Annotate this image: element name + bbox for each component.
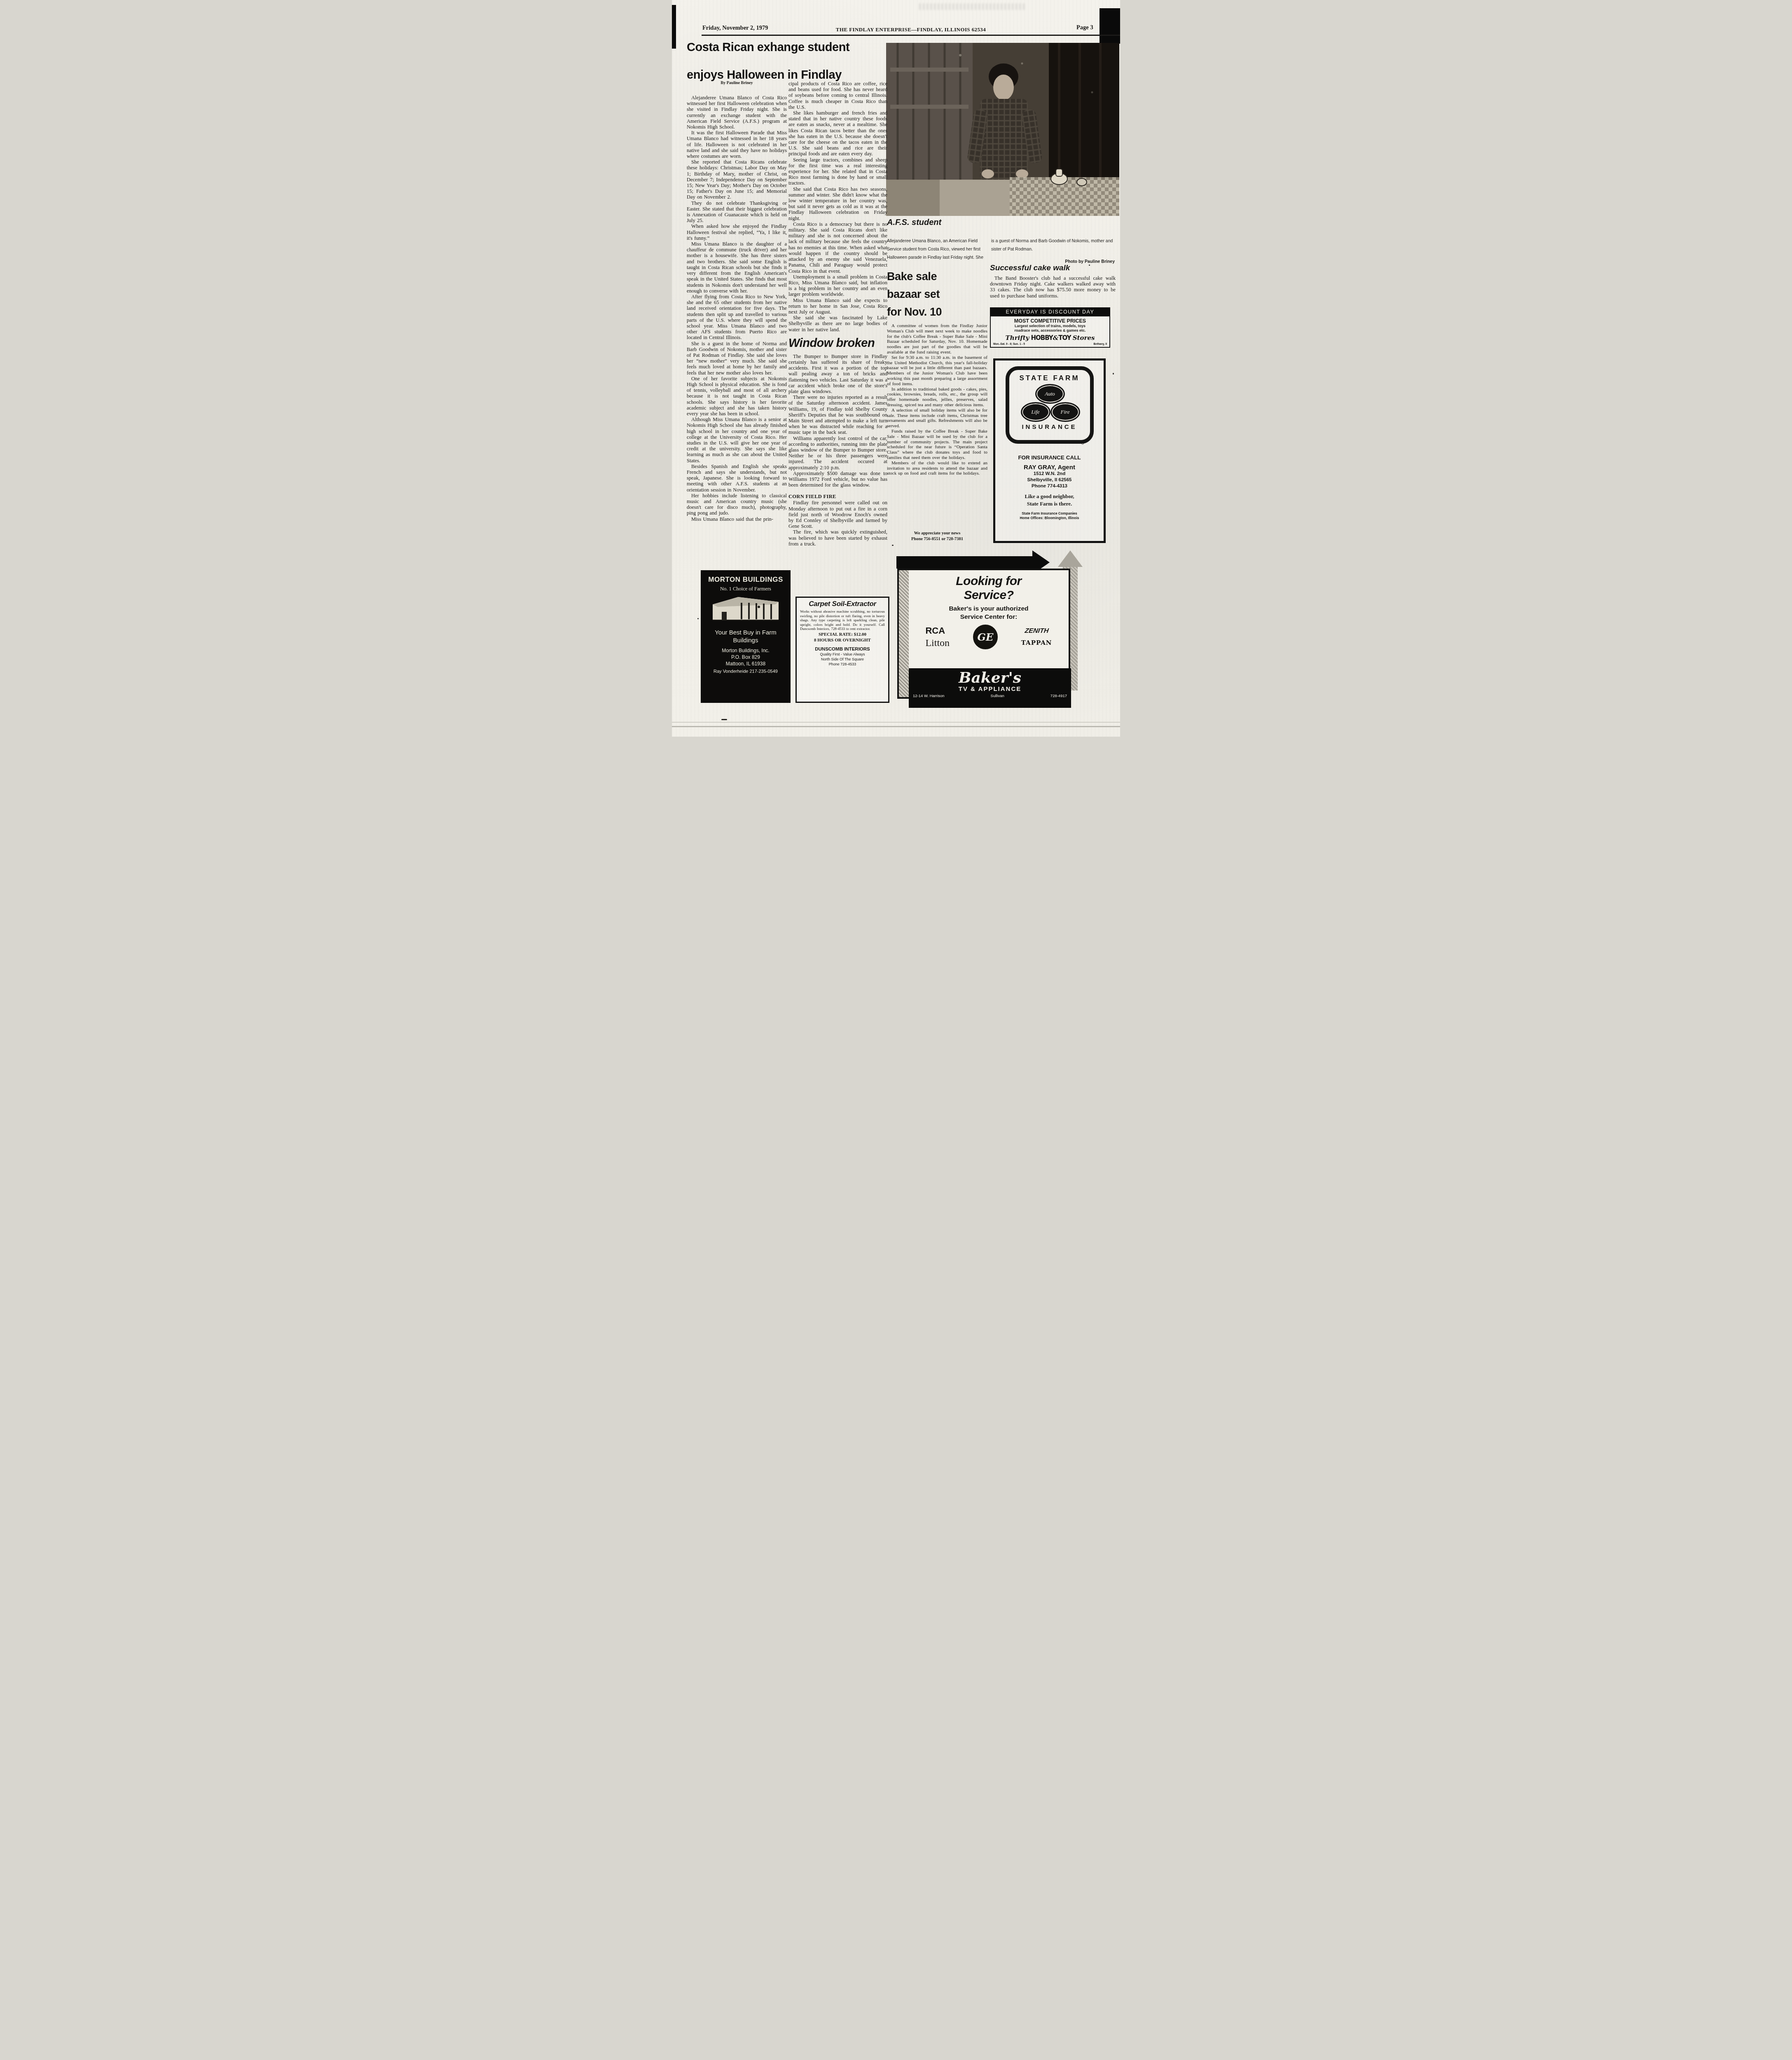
state-farm-name: STATE FARM (1009, 374, 1090, 382)
bakers-address-row: 12-14 W. Harrison Sullivan 728-4917 (909, 693, 1071, 698)
state-farm-slogan2: State Farm is there. (995, 501, 1104, 507)
paragraph: The Bumper to Bumper store in Findlay ce… (788, 353, 887, 394)
state-farm-ovals: Auto Life Fire (1017, 384, 1083, 422)
state-farm-addr2: Shelbyville, Il 62565 (995, 477, 1104, 483)
paragraph: She said she was fascinated by Lake Shel… (788, 315, 887, 332)
carpet-q3: Phone 728-4533 (797, 662, 888, 667)
up-arrow-icon (1058, 550, 1083, 567)
bakers-look1: Looking for (909, 574, 1069, 588)
page-date: Friday, November 2, 1979 (702, 25, 768, 32)
newspaper-page: Friday, November 2, 1979 THE FINDLAY ENT… (672, 0, 1120, 737)
paragraph: She likes hamburger and french fries and… (788, 110, 887, 157)
paragraph: It was the first Halloween Parade that M… (687, 130, 787, 159)
dust-speck (892, 545, 894, 546)
bakers-tv-appliance: TV & APPLIANCE (909, 686, 1071, 693)
caption-title: A.F.S. student (887, 218, 941, 227)
news-photo (886, 43, 1119, 216)
morton-rep: Ray Vonderheide 217-235-0549 (701, 669, 791, 674)
paragraph: In addition to traditional baked goods -… (887, 387, 987, 408)
state-farm-ad: STATE FARM Auto Life Fire INSURANCE ® FO… (993, 358, 1106, 543)
paragraph: She said that Costa Rico has two seasons… (788, 186, 887, 221)
thrifty-logo: Thrifty HOBBY&TOY Stores (993, 334, 1107, 342)
morton-city: Mattoon, IL 61938 (701, 660, 791, 667)
state-farm-small: State Farm Insurance Companies Home Offi… (995, 511, 1104, 520)
carpet-extractor-ad: Carpet Soil-Extractor Works without abra… (795, 597, 889, 703)
morton-tag1: Your Best Buy in Farm (701, 629, 791, 637)
bakers-brand-col-right: ZENITH TAPPAN (1021, 627, 1052, 646)
state-farm-agent: RAY GRAY, Agent (995, 464, 1104, 471)
bake-sale-headline-line3: for Nov. 10 (887, 303, 942, 321)
fire-oval-icon: Fire (1050, 402, 1080, 422)
news-note-line2: Phone 756-8551 or 728-7381 (887, 536, 987, 542)
paragraph: cipal products of Costa Rico are coffee,… (788, 81, 887, 110)
bake-sale-headline: Bake sale bazaar set for Nov. 10 (887, 268, 942, 321)
dust-speck (721, 719, 727, 720)
paragraph: Approximately $500 damage was done to Wi… (788, 471, 887, 488)
paragraph: Besides Spanish and English she speaks F… (687, 463, 787, 493)
paragraph: Members of the club would like to extend… (887, 461, 987, 476)
bakers-brand-col-left: RCA Litton (925, 625, 950, 649)
state-farm-addr1: 1512 W.N. 2nd (995, 471, 1104, 477)
paragraph: Seeing large tractors, combines and shee… (788, 157, 887, 186)
paragraph: There were no injuries reported as a res… (788, 394, 887, 435)
auto-oval-icon: Auto (1035, 384, 1065, 404)
thrifty-line2: Largest selection of trains, models, toy… (993, 324, 1107, 328)
paragraph: Set for 9:30 a.m. to 11:30 a.m. in the b… (887, 355, 987, 387)
bakers-city: Sullivan (991, 694, 1004, 698)
morton-co: Morton Buildings, Inc. P.O. Box 829 Matt… (701, 647, 791, 667)
state-farm-logo: STATE FARM Auto Life Fire INSURANCE ® (1006, 366, 1094, 444)
state-farm-call: FOR INSURANCE CALL (995, 454, 1104, 461)
bakers-phone: 728-4917 (1050, 694, 1067, 698)
paragraph: Miss Umana Blanco said she expects to re… (788, 297, 887, 315)
thrifty-logo-hobby: HOBBY (1031, 334, 1053, 342)
state-farm-small1: State Farm Insurance Companies (995, 511, 1104, 516)
caption-right-text: is a guest of Norma and Barb Goodwin of … (991, 239, 1113, 252)
zenith-logo: ZENITH (1021, 627, 1053, 635)
thrifty-city: Bethany, Il (1094, 343, 1107, 346)
thrifty-line1: MOST COMPETITIVE PRICES (993, 318, 1107, 324)
paragraph: When asked how she enjoyed the Findlay H… (687, 223, 787, 241)
morton-tagline: Your Best Buy in Farm Buildings (701, 629, 791, 644)
thrifty-logo-script1: Thrifty (1006, 334, 1029, 342)
morton-sub: No. 1 Choice of Farmers (701, 586, 791, 592)
carpet-store-name: DUNSCOMB INTERIORS (797, 647, 888, 652)
paragraph: Findlay fire personnel were called out o… (788, 500, 887, 529)
bakers-ad: Looking for Service? Baker's is your aut… (896, 550, 1092, 705)
life-oval-icon: Life (1021, 402, 1050, 422)
film-edge-left (672, 5, 676, 49)
lead-headline-line2: enjoys Halloween in Findlay (687, 68, 842, 82)
paragraph: One of her favorite subjects at Nokomis … (687, 376, 787, 417)
state-farm-insurance: INSURANCE (1009, 424, 1090, 431)
paragraph: Miss Umana Blanco is the daughter of a c… (687, 241, 787, 294)
paragraph: Alejanderee Umana Blanco of Costa Rico w… (687, 95, 787, 130)
litton-logo: Litton (925, 638, 950, 649)
thrifty-logo-script2: Stores (1073, 334, 1095, 342)
news-note: We appreciate your news Phone 756-8551 o… (887, 531, 987, 542)
right-arrow-shaft (896, 556, 1032, 569)
carpet-q2: North Side Of The Square (797, 657, 888, 662)
dust-speck (1113, 373, 1114, 375)
thrifty-hobby-ad: EVERYDAY IS DISCOUNT DAY MOST COMPETITIV… (990, 307, 1110, 348)
paragraph: Unemployment is a small problem in Costa… (788, 274, 887, 297)
thrifty-hours: Mon.-Sat. 9 - 6; Sun. 1 - 5 (993, 343, 1025, 346)
carpet-body: Works without abrasive machine scrubbing… (797, 608, 888, 631)
bakers-auth1: Baker's is your authorized (909, 605, 1069, 613)
state-farm-small2: Home Offices: Bloomington, Illinois (995, 516, 1104, 520)
paragraph: Funds raised by the Coffee Break - Super… (887, 429, 987, 461)
bakers-content: Looking for Service? Baker's is your aut… (909, 570, 1069, 649)
thrifty-logo-toy: TOY (1058, 334, 1071, 342)
bakers-box: Looking for Service? Baker's is your aut… (897, 569, 1070, 699)
bake-sale-headline-line2: bazaar set (887, 286, 942, 303)
ge-monogram-icon: GE (973, 625, 998, 649)
bake-sale-headline-line1: Bake sale (887, 268, 942, 286)
paragraph: Williams apparently lost control of the … (788, 435, 887, 471)
cake-walk-article: The Band Booster's club had a successful… (990, 275, 1116, 299)
bakers-look2: Service? (909, 588, 1069, 602)
carpet-title: Carpet Soil-Extractor (797, 600, 888, 608)
carpet-hours: 8 HOURS OR OVERNIGHT (797, 638, 888, 643)
morton-company: Morton Buildings, Inc. (701, 647, 791, 654)
bakers-nameplate: Baker's TV & APPLIANCE 12-14 W. Harrison… (909, 668, 1071, 708)
bakers-street: 12-14 W. Harrison (913, 694, 945, 698)
paragraph: Costa Rico is a democracy but there is n… (788, 221, 887, 274)
carpet-rate: SPECIAL RATE: $12.00 (797, 632, 888, 637)
caption-right: is a guest of Norma and Barb Goodwin of … (991, 237, 1115, 266)
bakers-auth: Baker's is your authorized Service Cente… (909, 605, 1069, 621)
thrifty-box: MOST COMPETITIVE PRICES Largest selectio… (990, 316, 1110, 348)
barn-illustration (709, 594, 782, 624)
dust-speck (697, 618, 699, 619)
paragraph: A selection of small holiday items will … (887, 408, 987, 429)
paragraph: After flying from Costa Rico to New York… (687, 294, 787, 341)
window-broken-headline: Window broken (788, 337, 887, 350)
tappan-logo: TAPPAN (1021, 639, 1052, 646)
paragraph: Miss Umana Blanco said that the prin- (687, 516, 787, 522)
state-farm-addr3: Phone 774-4313 (995, 483, 1104, 489)
caption-left: Allejanderee Umana Blanco, an American F… (887, 237, 988, 262)
scan-line-2 (672, 726, 1120, 727)
scan-smudge (919, 3, 1026, 10)
carpet-q1: Quality First - Value Always (797, 652, 888, 657)
bakers-brands: RCA Litton GE ZENITH TAPPAN (909, 625, 1069, 649)
paragraph: She reported that Costa Ricans celebrate… (687, 159, 787, 200)
thrifty-line3: roadrace sets, accessories & games etc. (993, 328, 1107, 333)
paragraph: They do not celebrate Thanksgiving or Ea… (687, 200, 787, 224)
paragraph: Her hobbies include listening to classic… (687, 493, 787, 516)
byline: By Pauline Briney (687, 81, 787, 85)
morton-title: MORTON BUILDINGS (701, 576, 791, 584)
bakers-hatch-strip (899, 570, 909, 697)
cake-walk-headline: Successful cake walk (990, 264, 1070, 273)
article-column-1: Alejanderee Umana Blanco of Costa Rico w… (687, 95, 787, 569)
news-photo-art (886, 43, 1119, 216)
lead-headline-line1: Costa Rican exhange student (687, 41, 849, 54)
corn-field-fire-headline: CORN FIELD FIRE (788, 494, 887, 500)
bakers-name: Baker's (909, 670, 1071, 686)
film-edge-top-right (1100, 8, 1120, 44)
masthead: THE FINDLAY ENTERPRISE—FINDLAY, ILLINOIS… (793, 26, 1029, 33)
news-note-line1: We appreciate your news (887, 531, 987, 536)
thrifty-banner: EVERYDAY IS DISCOUNT DAY (990, 307, 1110, 316)
dust-speck (1089, 265, 1090, 266)
state-farm-slogan1: Like a good neighbor, (995, 493, 1104, 500)
paragraph: The Band Booster's club had a successful… (990, 275, 1116, 299)
bake-sale-article: A committee of women from the Findlay Ju… (887, 323, 987, 529)
bakers-auth2: Service Center for: (909, 613, 1069, 621)
article-column-2: cipal products of Costa Rico are coffee,… (788, 81, 887, 595)
paragraph: The fire, which was quickly extinguished… (788, 529, 887, 547)
thrifty-hours-row: Mon.-Sat. 9 - 6; Sun. 1 - 5 Bethany, Il (993, 343, 1107, 346)
morton-tag2: Buildings (701, 637, 791, 644)
page-number: Page 3 (1076, 24, 1093, 31)
paragraph: Although Miss Umana Blanco is a senior a… (687, 417, 787, 463)
header-rule (702, 35, 1120, 36)
registered-mark: ® (1081, 441, 1084, 446)
paragraph: A committee of women from the Findlay Ju… (887, 323, 987, 355)
morton-buildings-ad: MORTON BUILDINGS No. 1 Choice of Farmers… (701, 570, 791, 703)
rca-logo: RCA (925, 625, 950, 636)
paragraph: She is a guest in the home of Norma and … (687, 341, 787, 376)
morton-box: P.O. Box 829 (701, 654, 791, 660)
thrifty-logo-amp: & (1053, 334, 1059, 342)
scan-line-1 (672, 722, 1120, 723)
